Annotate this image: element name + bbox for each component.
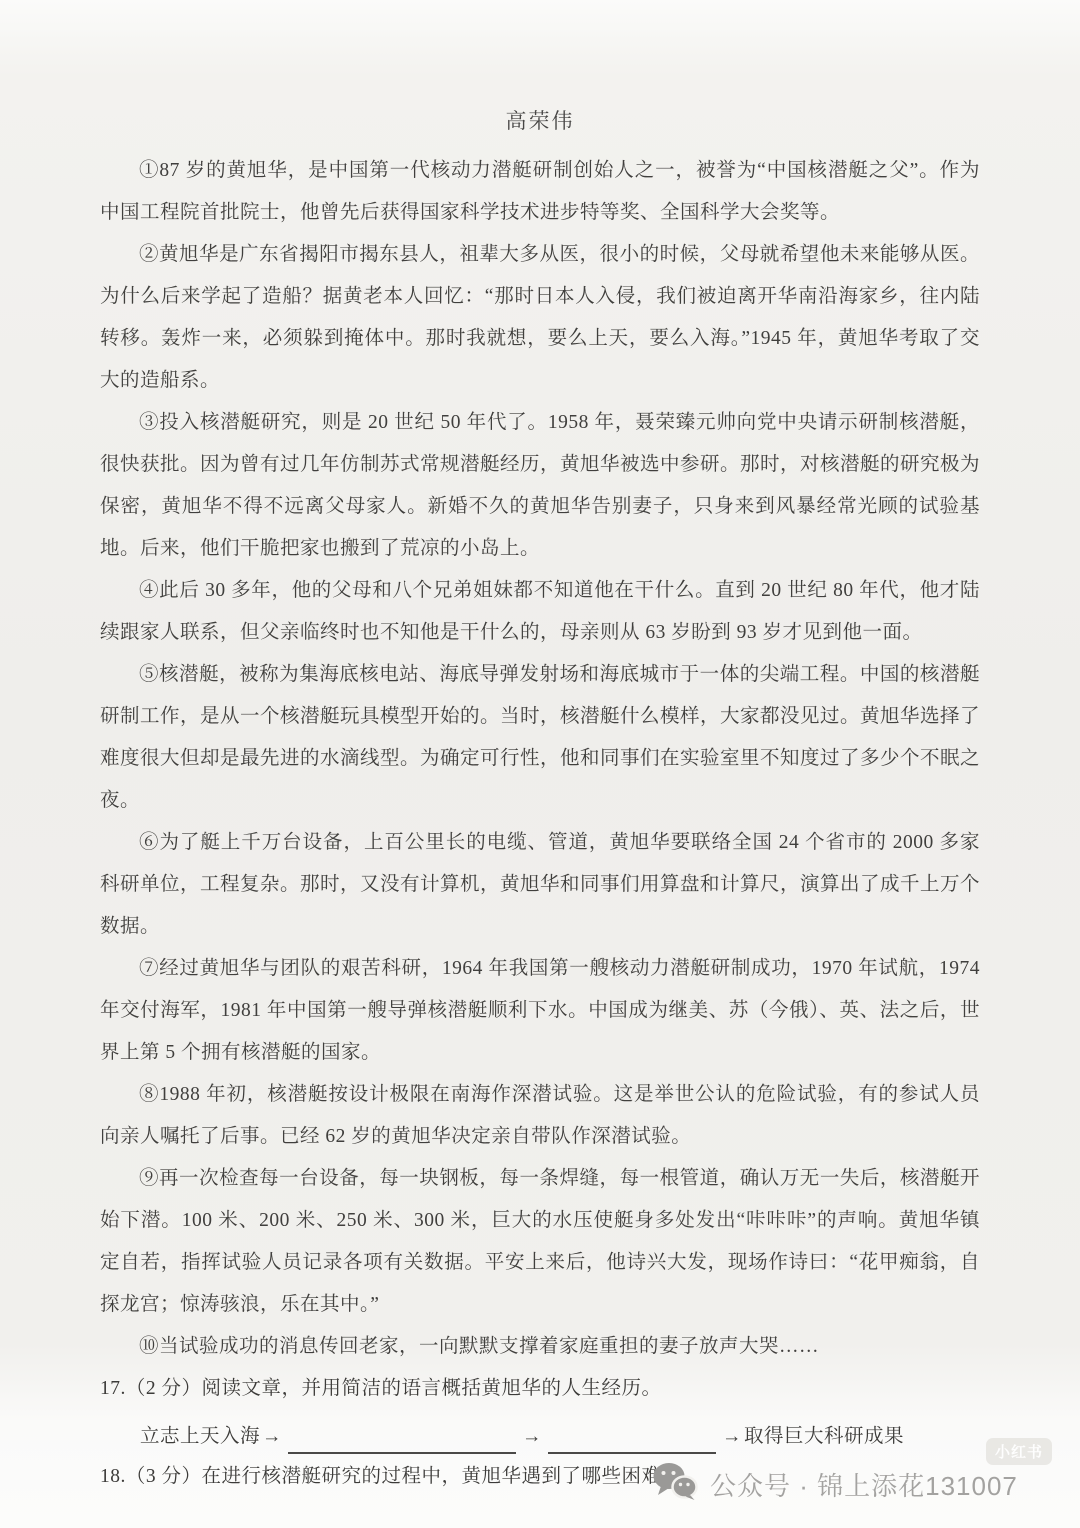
paragraph-3: ③投入核潜艇研究，则是 20 世纪 50 年代了。1958 年，聂荣臻元帅向党中… [100,402,980,570]
question-17: 17.（2 分）阅读文章，并用简洁的语言概括黄旭华的人生经历。 [100,1368,980,1410]
question-17-answer-flow: 立志上天入海 → → → 取得巨大科研成果 [140,1412,980,1454]
xiaohongshu-watermark: 小红书 [986,1438,1052,1465]
paragraph-8: ⑧1988 年初，核潜艇按设计极限在南海作深潜试验。这是举世公认的危险试验，有的… [100,1074,980,1158]
document-page: 高荣伟 ①87 岁的黄旭华，是中国第一代核动力潜艇研制创始人之一，被誉为“中国核… [0,0,1080,1528]
right-arrow-icon: → [520,1420,544,1454]
paragraph-1: ①87 岁的黄旭华，是中国第一代核动力潜艇研制创始人之一，被誉为“中国核潜艇之父… [100,150,980,234]
wechat-icon [652,1462,698,1507]
paragraph-5: ⑤核潜艇，被称为集海底核电站、海底导弹发射场和海底城市于一体的尖端工程。中国的核… [100,654,980,822]
paragraph-7: ⑦经过黄旭华与团队的艰苦科研，1964 年我国第一艘核动力潜艇研制成功，1970… [100,948,980,1074]
paragraph-10: ⑩当试验成功的消息传回老家，一向默默支撑着家庭重担的妻子放声大哭…… [100,1326,980,1368]
flow-end-label: 取得巨大科研成果 [744,1420,904,1454]
flow-start-label: 立志上天入海 [140,1420,260,1454]
public-account-text: 公众号 · 锦上添花131007 [710,1466,1018,1503]
right-arrow-icon: → [720,1420,744,1454]
answer-blank-2 [548,1422,716,1454]
paragraph-6: ⑥为了艇上千万台设备，上百公里长的电缆、管道，黄旭华要联络全国 24 个省市的 … [100,822,980,948]
article-body: ①87 岁的黄旭华，是中国第一代核动力潜艇研制创始人之一，被誉为“中国核潜艇之父… [100,150,980,1368]
public-account-footer: 公众号 · 锦上添花131007 [652,1462,1018,1507]
paragraph-2: ②黄旭华是广东省揭阳市揭东县人，祖辈大多从医，很小的时候，父母就希望他未来能够从… [100,234,980,402]
right-arrow-icon: → [260,1420,284,1454]
paragraph-9: ⑨再一次检查每一台设备，每一块钢板，每一条焊缝，每一根管道，确认万无一失后，核潜… [100,1158,980,1326]
paragraph-4: ④此后 30 多年，他的父母和八个兄弟姐妹都不知道他在干什么。直到 20 世纪 … [100,570,980,654]
answer-blank-1 [288,1422,516,1454]
author-byline: 高荣伟 [0,0,1080,136]
